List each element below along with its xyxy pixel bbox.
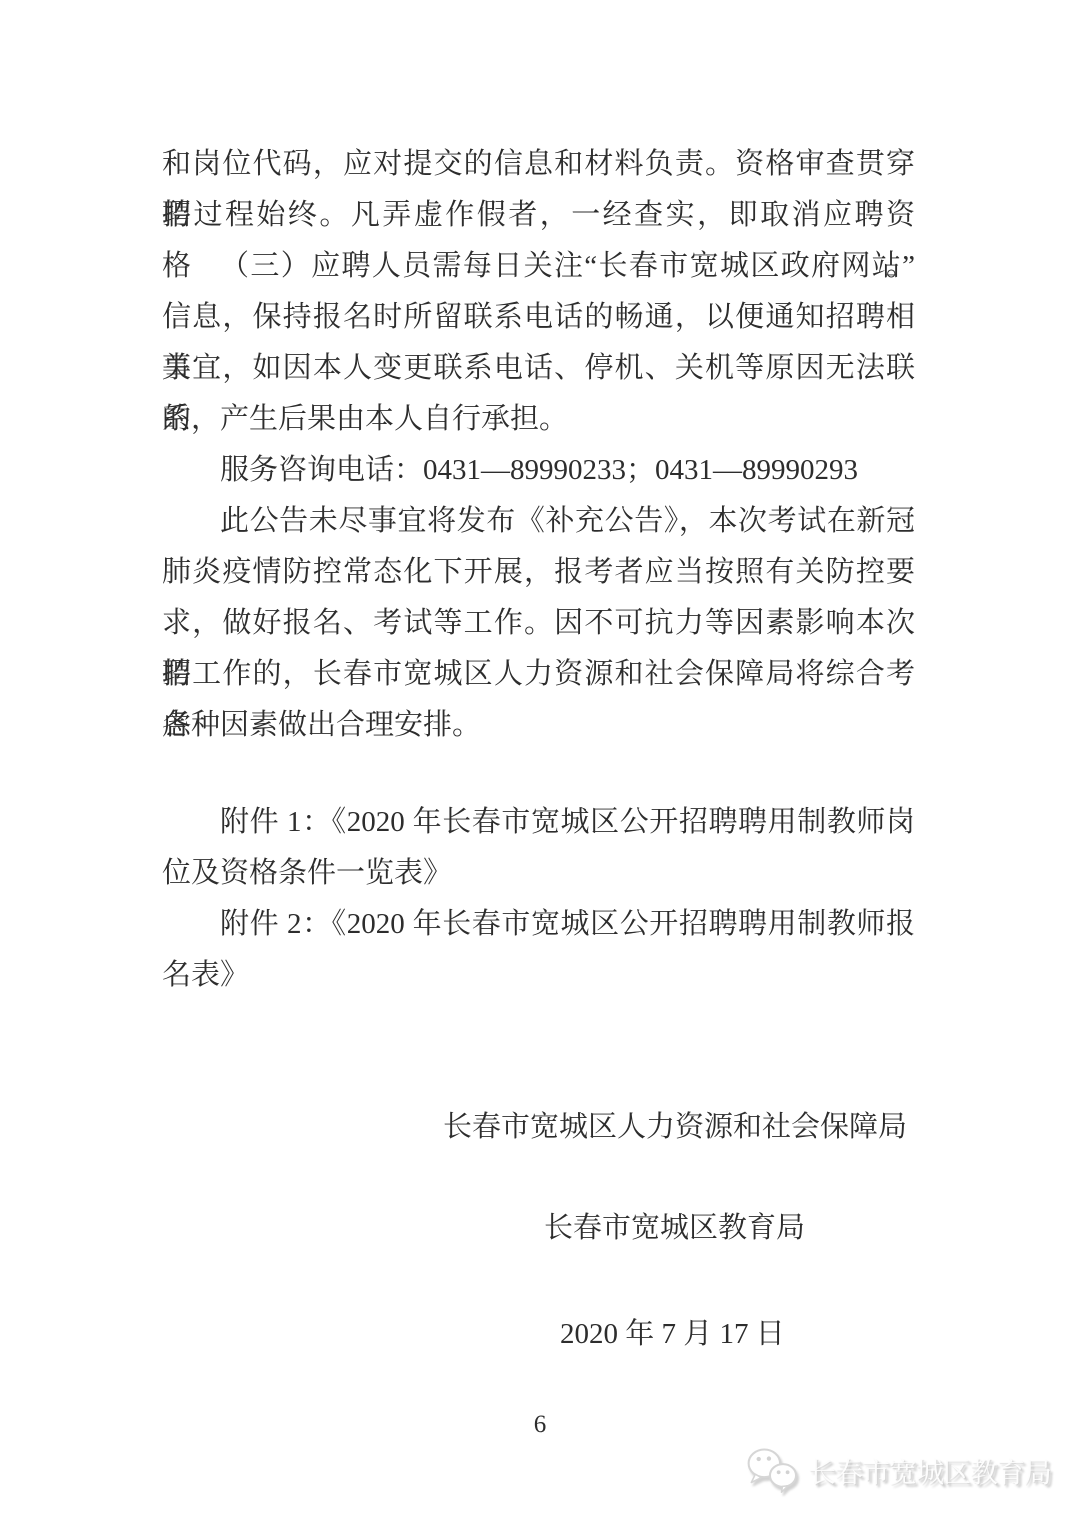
service-phone-line: 服务咨询电话：0431—89990233；0431—89990293 bbox=[162, 445, 915, 496]
body-line: 事宜，如因本人变更联系电话、停机、关机等原因无法联系 bbox=[162, 343, 915, 394]
body-line: 聘过程始终。凡弄虚作假者，一经查实，即取消应聘资格。 bbox=[162, 190, 915, 241]
body-line: 聘工作的，长春市宽城区人力资源和社会保障局将综合考虑 bbox=[162, 649, 915, 700]
body-line: （三）应聘人员需每日关注“长春市宽城区政府网站” bbox=[162, 241, 915, 292]
signature-education-bureau: 长春市宽城区教育局 bbox=[544, 1211, 805, 1245]
body-text-block: 和岗位代码，应对提交的信息和材料负责。资格审查贯穿招 聘过程始终。凡弄虚作假者，… bbox=[162, 139, 915, 751]
attachment-1-line: 附件 1：《2020 年长春市宽城区公开招聘聘用制教师岗 bbox=[162, 797, 915, 848]
attachment-1-line: 位及资格条件一览表》 bbox=[162, 848, 915, 899]
body-line: 此公告未尽事宜将发布《补充公告》，本次考试在新冠 bbox=[162, 496, 915, 547]
body-line: 和岗位代码，应对提交的信息和材料负责。资格审查贯穿招 bbox=[162, 139, 915, 190]
attachment-2-line: 名表》 bbox=[162, 950, 915, 1001]
attachments-block: 附件 1：《2020 年长春市宽城区公开招聘聘用制教师岗 位及资格条件一览表》 … bbox=[162, 797, 915, 1001]
body-line: 的，产生后果由本人自行承担。 bbox=[162, 394, 915, 445]
signature-hr-social-security-bureau: 长春市宽城区人力资源和社会保障局 bbox=[443, 1110, 907, 1144]
attachment-2-line: 附件 2：《2020 年长春市宽城区公开招聘聘用制教师报 bbox=[162, 899, 915, 950]
page-number: 6 bbox=[0, 1408, 1080, 1442]
wechat-watermark: 长春市宽城区教育局 bbox=[746, 1448, 1051, 1494]
body-line: 肺炎疫情防控常态化下开展，报考者应当按照有关防控要 bbox=[162, 547, 915, 598]
document-page: 和岗位代码，应对提交的信息和材料负责。资格审查贯穿招 聘过程始终。凡弄虚作假者，… bbox=[0, 0, 1080, 1527]
body-line: 信息，保持报名时所留联系电话的畅通，以便通知招聘相关 bbox=[162, 292, 915, 343]
signature-date: 2020 年 7 月 17 日 bbox=[560, 1317, 785, 1351]
watermark-text: 长春市宽城区教育局 bbox=[808, 1451, 1051, 1491]
body-line: 求，做好报名、考试等工作。因不可抗力等因素影响本次招 bbox=[162, 598, 915, 649]
body-line: 各种因素做出合理安排。 bbox=[162, 700, 915, 751]
wechat-icon bbox=[746, 1448, 798, 1494]
